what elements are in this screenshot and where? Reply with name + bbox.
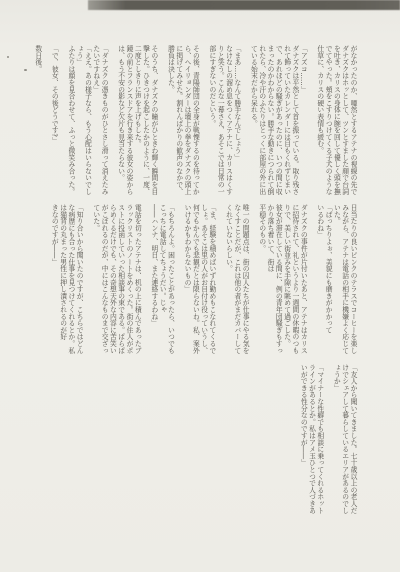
text-column (42, 204, 50, 356)
text-column: 「ばっちりよぉ、美貌にも磨きがかかって (324, 204, 332, 356)
text-column: 「アズコ……」 (299, 45, 307, 195)
text-column: らめくるだけでも、その奇想天外な内容に苦笑い (108, 204, 116, 356)
text-column: 「友人から聞いてきました。七十歳以上の老人だ (349, 364, 357, 516)
text-column: な病歴にも合った仕事を見つけてくれるとか。私 (67, 204, 75, 356)
text-column: りで、美しい街並みを手隙に眺めて過ごした。 (282, 204, 290, 356)
text-column: ラックリストのノートをめくった。街の住人がポ (125, 204, 133, 356)
text-column: でてやった。頬をこすりつけてくる子犬のような (324, 45, 332, 195)
book-page: がなかったのか、唖然とするアテナの視線の先でダナズクはホッとして、ツンとすました… (0, 0, 400, 572)
text-column: なくすことだが、これは他の者がまだカバーして (233, 204, 241, 356)
text-column: 「もちろんよ。困ったことがあったら、いつでも (166, 204, 174, 356)
text-column: 電話を切ったアテナは、机の上に積んであったブ (133, 204, 141, 356)
text-column: いができる性分なのですが――」 (299, 364, 307, 516)
text-column: ストに投函していった相談事の束である。ぱらぱ (116, 204, 124, 356)
text-column (108, 45, 116, 195)
text-column (58, 45, 66, 195)
text-column: 日当たりの良いピンクのテラスでコーヒーを楽し (349, 204, 357, 356)
text-column: ふたりは顔を見合わせて、ふっと微笑み合った。 (67, 45, 75, 195)
text-column: で、あれほどの騒ぎがあったのに、いつの間に収 (274, 45, 282, 195)
text-column (216, 204, 224, 356)
text-column (42, 45, 50, 195)
text-column (307, 45, 315, 195)
text-band-2: 日当たりの良いピンクのテラスでコーヒーを楽しみながら、アテナは電話の相手に機嫌よ… (41, 204, 357, 356)
text-column: ダナズクはホッとして、ツンとすました顔で台詞 (340, 45, 348, 195)
scan-edge-band (88, 0, 400, 10)
text-column: に招待されて、礼というより一週間の休暇のつも (291, 204, 299, 356)
text-column: がこぼれるのだが、中にはこんなものまで交ざっ (100, 204, 108, 356)
text-column: 部にすぎないのだという。 (208, 45, 216, 195)
text-column (307, 204, 315, 356)
text-column (141, 204, 149, 356)
text-band-3: 「友人から聞いてきました。七十歳以上の老人だけでシェアして暮らしているエリアがあ… (41, 364, 357, 516)
text-column: いるわね」 (316, 204, 324, 356)
text-column: 彼女が滞在している間に、例の青年団騒ぎもすっ (274, 204, 282, 356)
text-column: しょ。あそこは里の人がお目付け役っていうし、 (199, 204, 207, 356)
scan-speck (24, 69, 27, 71)
text-column: 「マイナーな性癖でも相談に乗ってくれるホット (316, 364, 324, 516)
text-column: たいですねえ」 (92, 45, 100, 195)
text-column: ている始末だから呆れる。 (249, 45, 257, 195)
text-column: ていた。 (92, 204, 100, 356)
text-column: がなかったのか、唖然とするアテナの視線の先で (349, 45, 357, 195)
text-column (158, 45, 166, 195)
text-column: けでシェアして暮らしているエリアがあるのでし (340, 364, 348, 516)
text-column: 勝負は決した。 (166, 45, 174, 195)
text-column: れて飾っていたカレンダーには目もくれずじまい (282, 45, 290, 195)
text-column: 撃した。ひきつけを起こしたかのように、一度、 (141, 45, 149, 195)
scan-speck (7, 56, 9, 58)
text-column (324, 364, 332, 516)
text-column: くれていないらしい。 (224, 204, 232, 356)
text-column: ダナズクは平然として首を振っている。取り残さ (291, 45, 299, 195)
text-column: 平穏そのもの。 (257, 204, 265, 356)
text-column: れたら、冷や汗のふたりはとっくに部屋の外に出 (257, 45, 265, 195)
text-column: まったのかわからない。勝手な動きにつられて倒 (266, 45, 274, 195)
text-column: 「ダナズクの憑きものがひとさし滑って消えたみ (100, 45, 108, 195)
text-column: その後、青陽師団の全身が戦慄するのを待ってか (191, 45, 199, 195)
text-column: 唯一の問題点は、街の囚人たちが仕事にやる気を (241, 204, 249, 356)
text-column: 何でもかんでも悲観だとは限らないわ。私、案外 (191, 204, 199, 356)
text-column: を吐き、カリスの身体に腕を回して優しく頭を撫 (332, 45, 340, 195)
text-column: ょう」 (75, 45, 83, 195)
text-column (249, 204, 257, 356)
text-column: りと笑う。こんな一幕さえ、あそこでは日常の一 (216, 45, 224, 195)
text-column: 「まあ……なんて勝手なんでしょう」 (233, 45, 241, 195)
text-column: ょうか」 (332, 364, 340, 516)
text-column: きなのですが――」 (50, 204, 58, 356)
text-column: 「で、彼女、その後どうです?」 (50, 45, 58, 195)
text-band-1: がなかったのか、唖然とするアテナの視線の先でダナズクはホッとして、ツンとすました… (41, 45, 357, 195)
text-column: ラインがあるとか。私はアメ玉ひとつで人づきあ (307, 364, 315, 516)
text-column: 仕草に、カリスの硬い表情も緩む。 (316, 45, 324, 195)
text-column: 「ま、経験を積めばいずれ勤めもこなれてくるで (208, 204, 216, 356)
text-column (83, 204, 91, 356)
text-column: かり落ち着いて、街は (266, 204, 274, 356)
text-column (174, 204, 182, 356)
text-column: 「知り合いから聞いたのですが、こちらではどん (75, 204, 83, 356)
text-column: 数日後。 (33, 45, 41, 195)
text-column: ら、ヘイリョンダーは壇上の拳をダナズクの頭上 (183, 45, 191, 195)
text-column: ――ハンナ、明日、また連絡するわね」 (150, 204, 158, 356)
text-column: 「ええ。あの様子なら、もう心配はいらないでし (83, 45, 91, 195)
text-column: に掲げてみせた。割れんばかりの歓声のなかで、 (174, 45, 182, 195)
text-column: いけるかもわからないもの」 (183, 204, 191, 356)
text-column: 二度としきりに声を上げもした。 (133, 45, 141, 195)
text-column: なけなしの溜め息をつくアテナに、カリスはくす (224, 45, 232, 195)
text-column: そのうち、ダナズクの瞳がひときわ輝く瞬間を目 (150, 45, 158, 195)
text-column: みながら、アテナは電話の相手に機嫌よく応じて (340, 204, 348, 356)
text-column (241, 45, 249, 195)
text-column: 鏡の前とフランスドアを行き来する彼女の姿から (125, 45, 133, 195)
text-column: いた。 (332, 204, 340, 356)
text-column (199, 45, 207, 195)
text-column: ダナズクの事件が片付いたあと、アテナはカリス (299, 204, 307, 356)
text-column: は猫背の丸まった男性に押し潰されるのが好 (58, 204, 66, 356)
text-column: こっちに電話してちょうだい。じゃ (158, 204, 166, 356)
text-column: は、もう不安の影など欠片も見当たらない。 (116, 45, 124, 195)
